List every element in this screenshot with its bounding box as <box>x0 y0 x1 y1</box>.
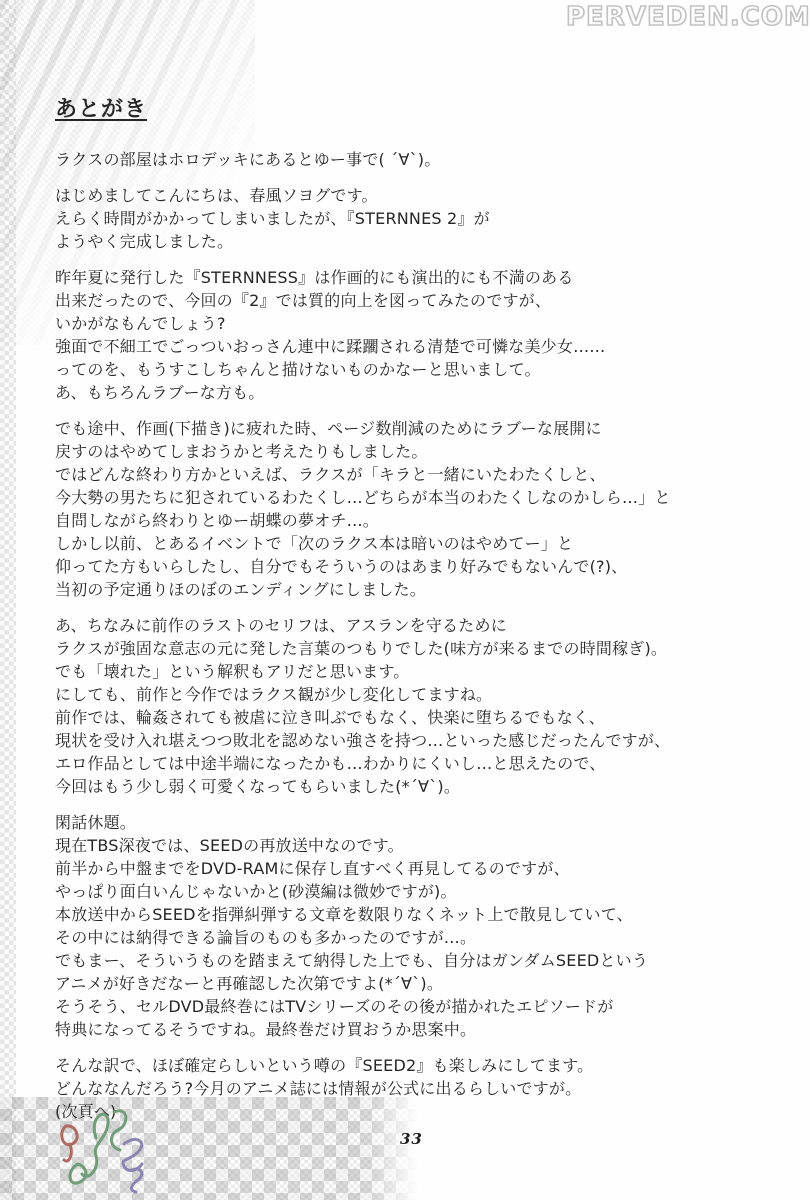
paragraph: 昨年夏に発行した『STERNNESS』は作画的にも演出的にも不満のある 出来だっ… <box>55 266 768 404</box>
scanned-afterword-page: PERVEDEN.COM あとがき ラクスの部屋はホロデッキにあるとゆー事で( … <box>0 0 810 1200</box>
afterword-content: あとがき ラクスの部屋はホロデッキにあるとゆー事で( ´∀`)。 はじめましてこ… <box>55 92 768 1123</box>
paragraph: ラクスの部屋はホロデッキにあるとゆー事で( ´∀`)。 <box>55 148 768 171</box>
signature-doodle <box>58 1104 208 1196</box>
paragraph: あ、ちなみに前作のラストのセリフは、アスランを守るために ラクスが強固な意志の元… <box>55 614 768 798</box>
page-title: あとがき <box>55 92 768 123</box>
paragraph: 閑話休題。 現在TBS深夜では、SEEDの再放送中なのです。 前半から中盤までを… <box>55 811 768 1041</box>
page-number: 33 <box>400 1130 423 1148</box>
left-edge-texture <box>0 0 16 1200</box>
site-watermark: PERVEDEN.COM <box>566 2 810 32</box>
paragraph: はじめましてこんにちは、春風ソヨグです。 えらく時間がかかってしまいましたが、『… <box>55 184 768 253</box>
paragraph: でも途中、作画(下描き)に疲れた時、ページ数削減のためにラブーな展開に 戻すのは… <box>55 417 768 601</box>
